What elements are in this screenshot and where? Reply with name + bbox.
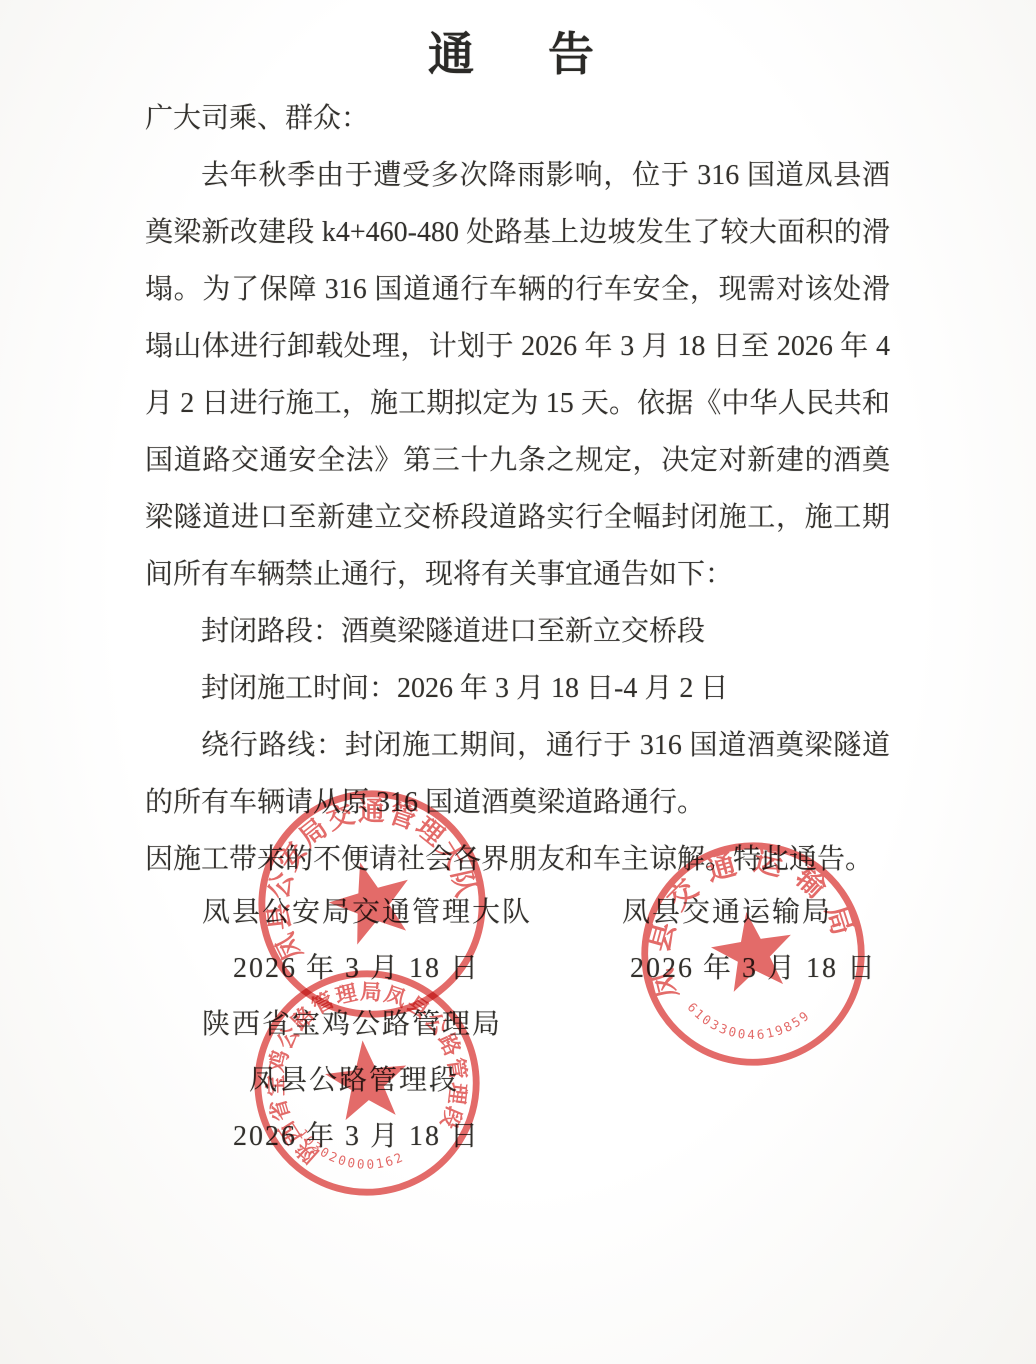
notice-body: 广大司乘、群众： 去年秋季由于遭受多次降雨影响，位于 316 国道凤县酒奠梁新改… bbox=[145, 90, 890, 888]
notice-document: 通 告 广大司乘、群众： 去年秋季由于遭受多次降雨影响，位于 316 国道凤县酒… bbox=[0, 0, 1036, 1364]
paragraph: 封闭路段：酒奠梁隧道进口至新立交桥段 bbox=[145, 603, 890, 660]
salutation: 广大司乘、群众： bbox=[145, 90, 890, 147]
paragraph: 封闭施工时间：2026 年 3 月 18 日-4 月 2 日 bbox=[145, 660, 890, 717]
page-title: 通 告 bbox=[0, 18, 1036, 80]
paragraph: 去年秋季由于遭受多次降雨影响，位于 316 国道凤县酒奠梁新改建段 k4+460… bbox=[145, 147, 890, 603]
highway-administration-seal-stamp-icon: 陕西省宝鸡公路管理局凤县公路管理段 103020000162 bbox=[238, 954, 495, 1211]
svg-text:103020000162: 103020000162 bbox=[294, 1116, 407, 1180]
svg-text:61033004619859: 61033004619859 bbox=[683, 982, 815, 1053]
transport-bureau-seal-stamp-icon: 凤县交通运输局 61033004619859 bbox=[620, 821, 885, 1086]
